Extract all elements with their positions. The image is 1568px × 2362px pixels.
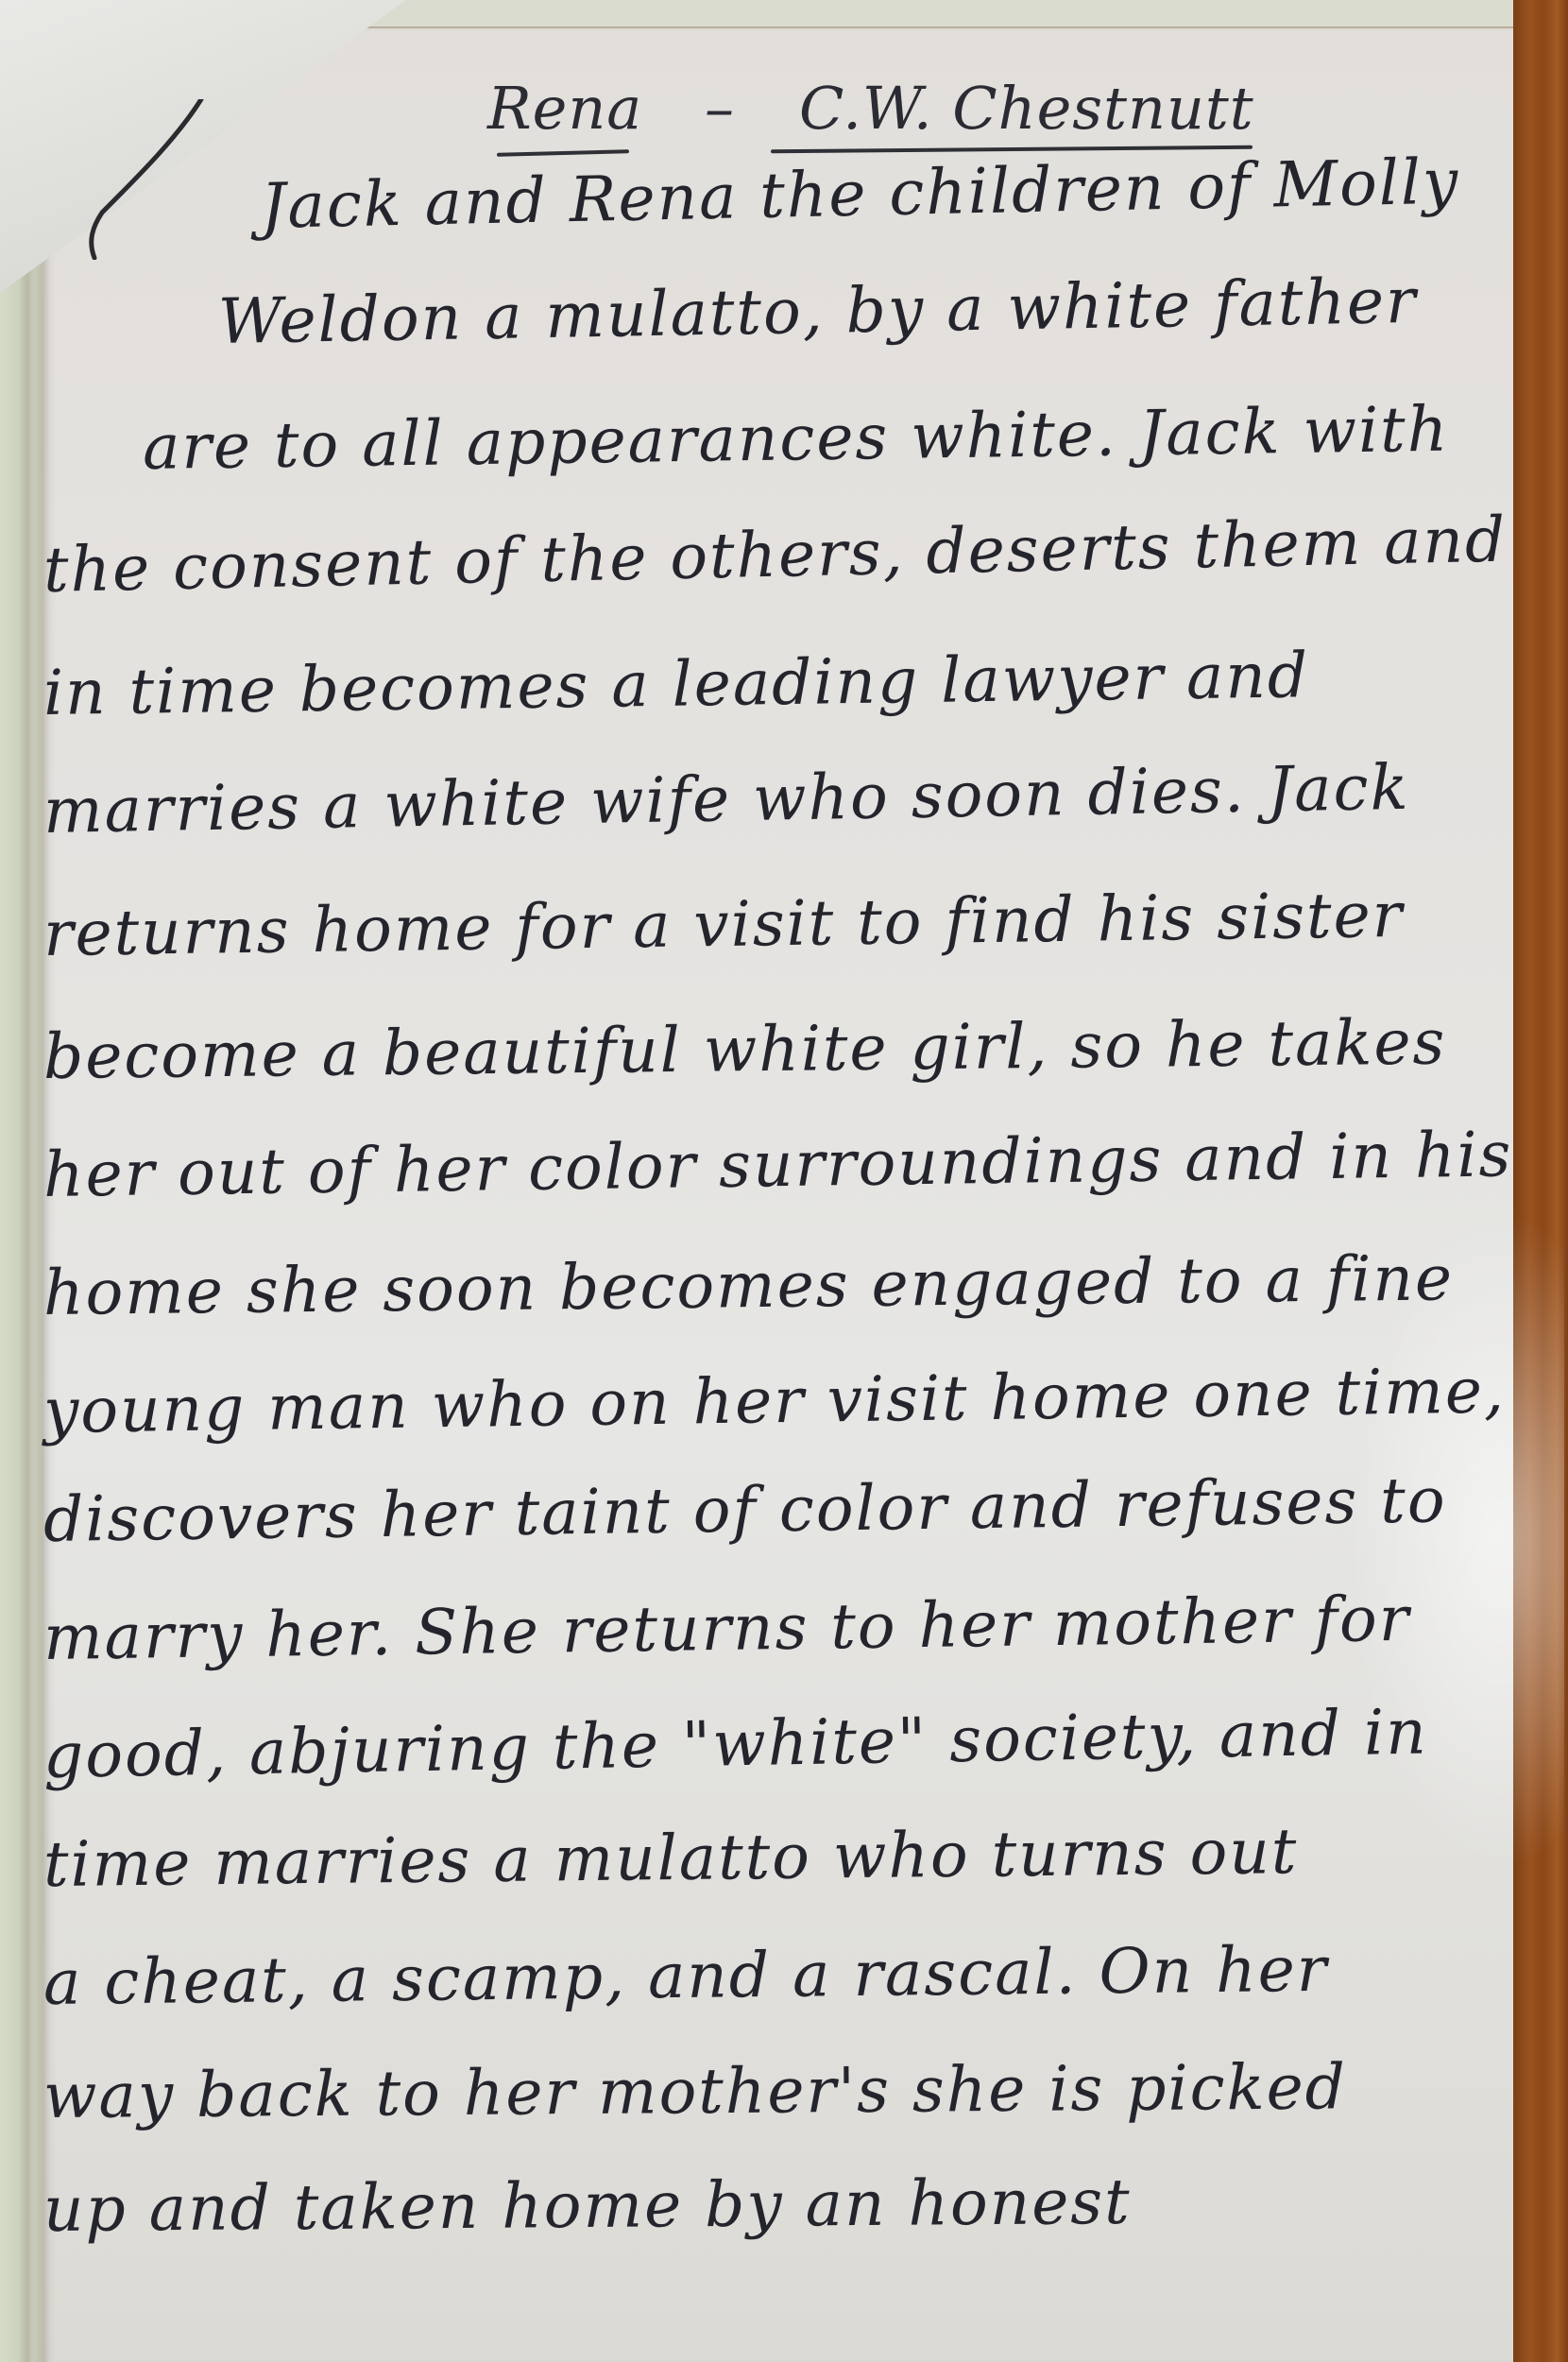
manuscript-line: returns home for a visit to find his sis…	[43, 879, 1404, 970]
page-stack-edge	[0, 0, 45, 2362]
wooden-table-edge	[1513, 0, 1568, 2362]
manuscript-line: Jack and Rena the children of Molly	[260, 145, 1460, 243]
manuscript-line: a cheat, a scamp, and a rascal. On her	[43, 1933, 1329, 2019]
manuscript-page: Rena – C.W. Chestnutt Jack and Rena the …	[43, 26, 1513, 2362]
manuscript-line: time marries a mulatto who turns out	[43, 1815, 1299, 1901]
title-author: C.W. Chestnutt	[799, 74, 1254, 143]
page-title: Rena – C.W. Chestnutt	[487, 57, 1394, 151]
manuscript-line: are to all appearances white. Jack with	[142, 393, 1449, 484]
manuscript-line: young man who on her visit home one time…	[43, 1354, 1506, 1447]
manuscript-line: the consent of the others, deserts them …	[43, 504, 1508, 607]
manuscript-line: good, abjuring the "white" society, and …	[43, 1695, 1428, 1792]
manuscript-line: her out of her color surroundings and in…	[43, 1118, 1512, 1211]
manuscript-line: in time becomes a leading lawyer and	[43, 639, 1309, 729]
manuscript-line: become a beautiful white girl, so he tak…	[43, 1005, 1447, 1093]
manuscript-line: discovers her taint of color and refuses…	[43, 1463, 1447, 1556]
manuscript-line: way back to her mother's she is picked	[43, 2050, 1347, 2132]
manuscript-line: Weldon a mulatto, by a white father	[217, 265, 1418, 358]
manuscript-line: home she soon becomes engaged to a fine	[43, 1241, 1455, 1329]
title-work: Rena	[487, 74, 642, 143]
manuscript-line: marry her. She returns to her mother for	[43, 1583, 1410, 1674]
curled-page-ink-stroke	[83, 99, 206, 260]
title-underline-left	[497, 149, 629, 157]
manuscript-line: marries a white wife who soon dies. Jack	[43, 751, 1410, 847]
title-dash: –	[705, 74, 735, 143]
manuscript-line: up and taken home by an honest	[43, 2165, 1132, 2246]
